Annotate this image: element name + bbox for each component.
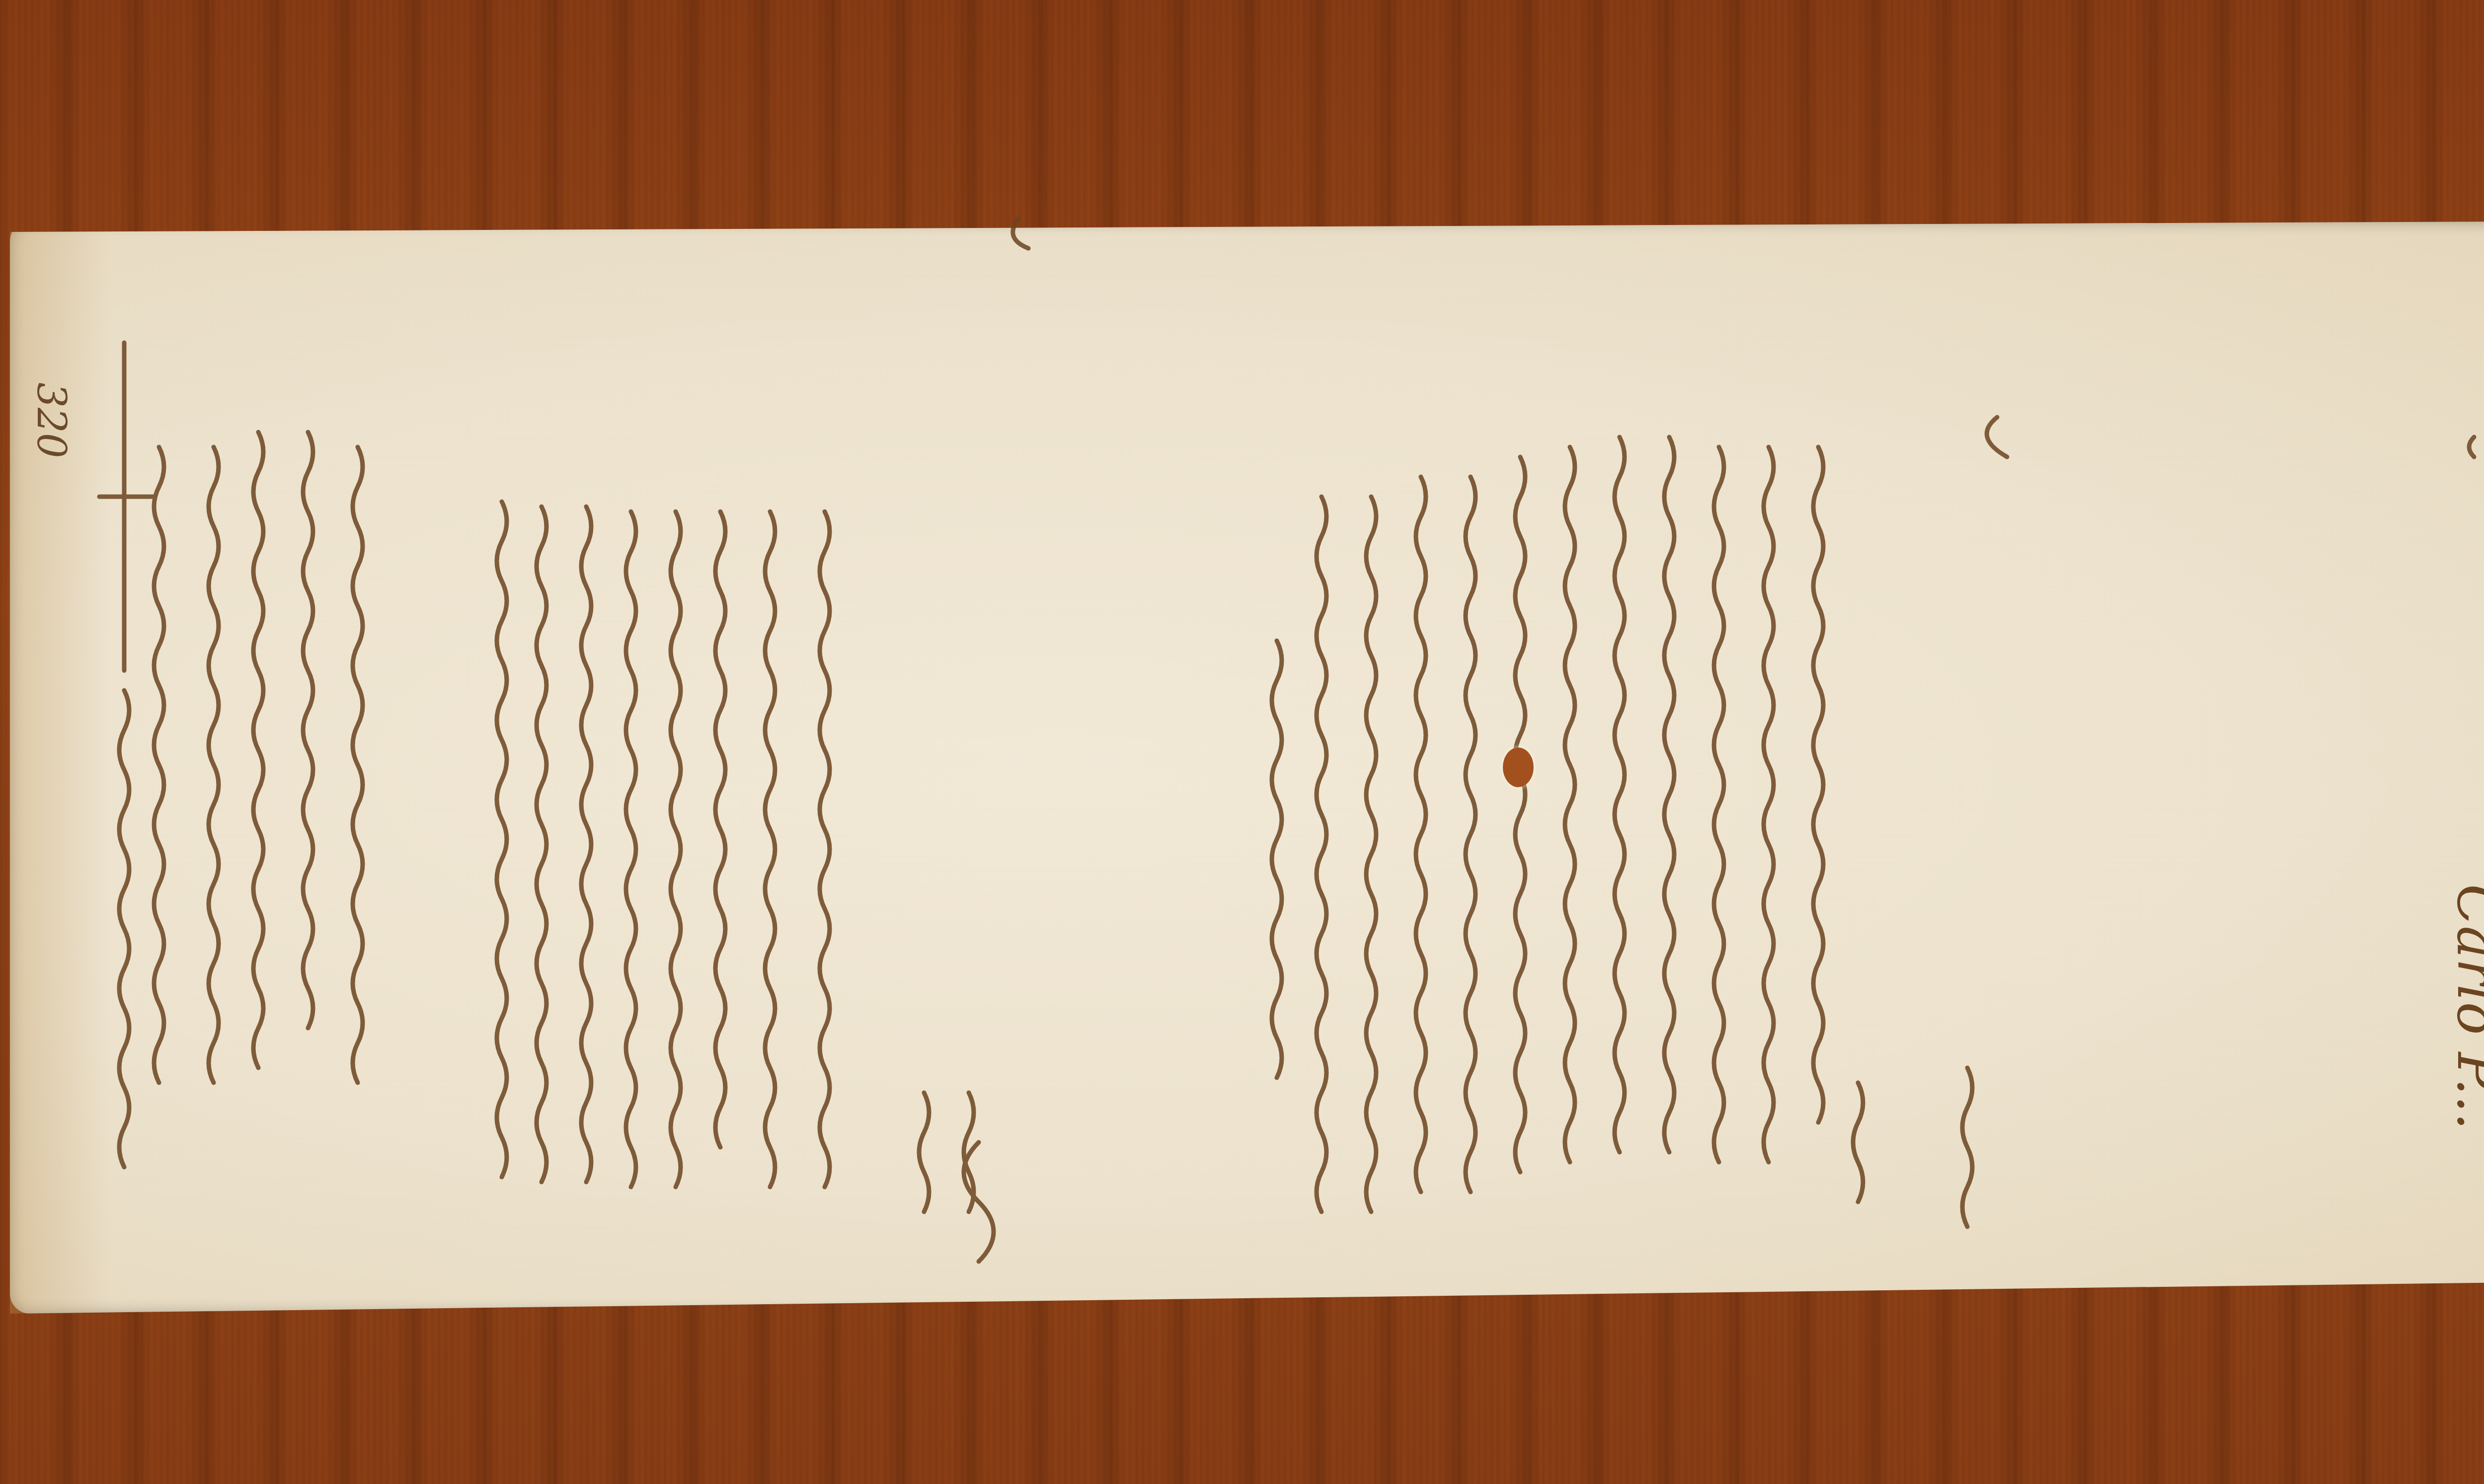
folio-number: 320 <box>28 382 75 458</box>
handwriting-lines <box>0 0 2484 1484</box>
endorsement-text: Carlo P... <box>2445 884 2484 1130</box>
paper-hole <box>1503 747 1534 787</box>
